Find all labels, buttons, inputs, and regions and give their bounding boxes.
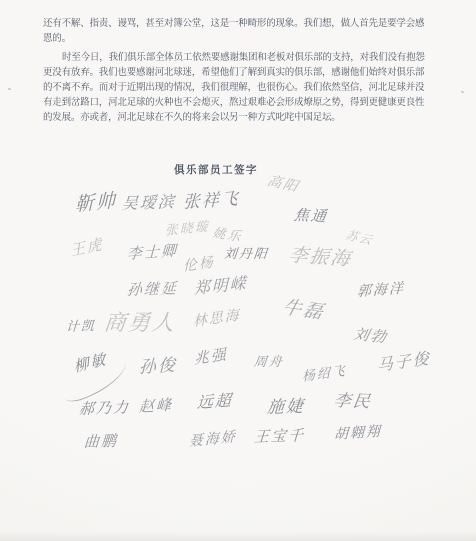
handwritten-signature: 伦杨 [183,251,215,276]
handwritten-signature: 周舟 [253,351,285,370]
handwritten-signature: 姚乐 [211,222,245,245]
handwritten-signature: 靳帅 [75,186,117,218]
handwritten-signature: 李振海 [287,240,355,271]
handwritten-signature: 胡翱翔 [334,421,383,444]
handwritten-signature: 马子俊 [377,345,431,376]
handwritten-signature: 牛磊 [280,292,328,324]
handwritten-signature: 林思海 [193,304,241,331]
scan-speck [8,88,11,90]
handwritten-signature: 郭海洋 [357,278,406,301]
handwritten-signature: 吴瑷滨 [121,189,177,214]
handwritten-signature: 李民 [332,386,373,412]
handwritten-signature: 刘丹阳 [223,243,270,262]
handwritten-signature: 兆强 [194,343,228,369]
handwritten-signature: 王虎 [69,233,104,261]
scanned-letter-page: 还有不解、指责、谩骂，甚至对簿公堂，这是一种畸形的现象。我们想，做人首先是要学会… [0,0,476,541]
handwritten-signature: 远超 [197,387,234,413]
handwritten-signature: 孙继延 [126,277,178,300]
handwritten-signature: 杨绍飞 [302,360,347,385]
handwritten-signature: 刘勃 [352,323,390,347]
handwritten-signature: 郑明嵘 [194,270,248,299]
handwritten-signature: 郝乃力 [78,396,130,419]
handwritten-signature: 焦通 [293,204,330,226]
handwritten-signature: 曲鹏 [83,430,118,452]
handwritten-signature: 李士卿 [127,239,179,264]
handwritten-signature: 张祥飞 [183,184,241,213]
handwritten-signature: 高阳 [265,170,303,196]
handwritten-signature: 聂海娇 [189,426,237,451]
handwritten-signature: 计凯 [65,315,96,335]
signature-layer: 靳帅吴瑷滨张祥飞高阳焦通张晓璇姚乐苏云王虎李士卿伦杨刘丹阳李振海孙继延郑明嵘郭海… [0,0,476,541]
handwritten-signature: 施婕 [266,392,306,418]
handwritten-signature: 孙俊 [139,350,178,378]
handwritten-signature: 商勇人 [102,306,177,337]
handwritten-signature: 张晓璇 [165,215,210,239]
handwritten-signature: 王宝千 [253,424,305,447]
handwritten-signature: 赵峰 [139,394,174,417]
